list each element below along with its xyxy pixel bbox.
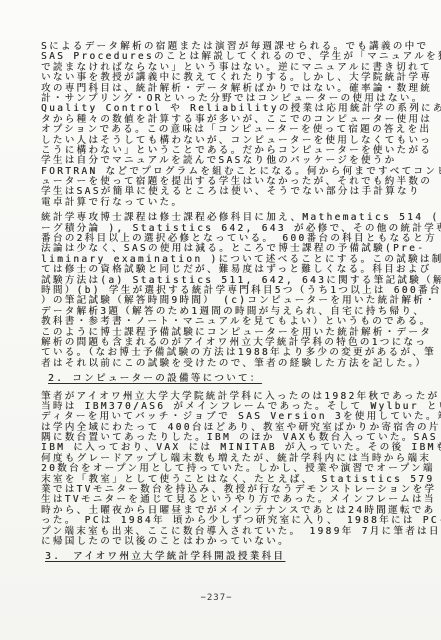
section-2-heading-computer-equipment: 2. コンピューターの設備等について： bbox=[48, 374, 413, 384]
text-line: いない事を教授が講義中に教えてくれたりする。しかし、大学院統計学専 bbox=[41, 73, 413, 83]
text-line: オプションである。この意味は「コンピューターを使って宿題の答えを出 bbox=[41, 125, 413, 135]
paragraph-computer-equipment: 筆者がアイオワ州立大学大学院統計学科に入ったのは1982年秋であったが当時は I… bbox=[41, 392, 413, 548]
page-number: −237− bbox=[0, 593, 433, 603]
scanned-document-page: Sによるデータ解析の宿題または演習が毎週課せられる。でも講義の中でSAS Pro… bbox=[0, 0, 441, 640]
text-line: に帰国したので以後のことはわかっていない。 bbox=[41, 537, 413, 547]
paragraph-phd-program-exams: 統計学専攻博士課程は修士課程必修科目に加え、Mathematics 514 ( … bbox=[41, 213, 413, 369]
text-line: 電卓計算で行なっていた。 bbox=[41, 198, 413, 208]
paragraph-sas-coursework: Sによるデータ解析の宿題または演習が毎週課せられる。でも講義の中でSAS Pro… bbox=[41, 42, 413, 208]
section-3-heading-course-offerings: 3. アイオワ州立大学統計学科開設授業科目 bbox=[45, 552, 413, 562]
text-line: 者はそれ以前にこの試験を受けたので、筆者の経験した方法を記した。） bbox=[41, 359, 413, 369]
text-line: 教科書・参考書・ノート・マニュアルを見てもよい）というものである。 bbox=[41, 317, 413, 327]
document-body: Sによるデータ解析の宿題または演習が毎週課せられる。でも講義の中でSAS Pro… bbox=[41, 42, 413, 563]
